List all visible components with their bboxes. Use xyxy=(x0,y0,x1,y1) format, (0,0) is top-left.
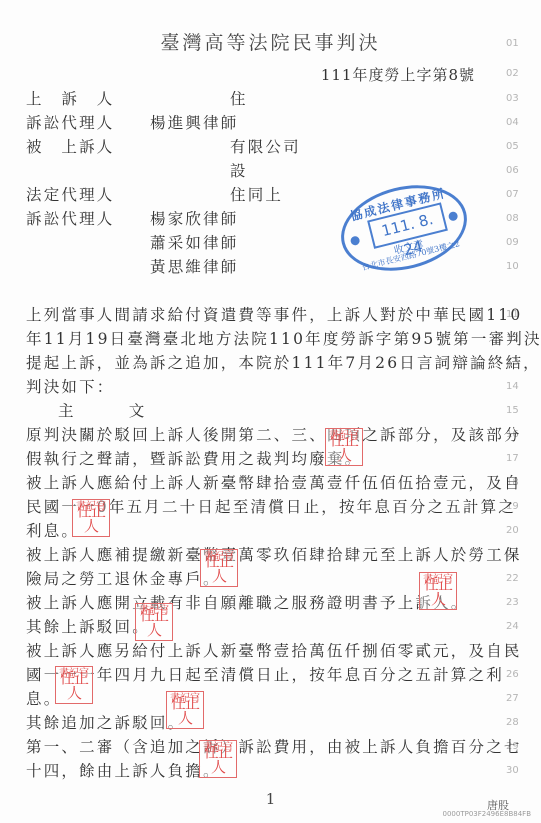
body-line: 年11月19日臺灣臺北地方法院110年度勞訴字第95號第一審判決 xyxy=(26,327,541,349)
party-role: 被 上訴人 xyxy=(26,138,115,156)
stamp-ornament-icon xyxy=(350,235,361,246)
line-number: 06 xyxy=(506,165,519,176)
main-text-line: 被上訴人應開立載有非自願離職之服務證明書予上訴人。 xyxy=(26,591,469,613)
received-stamp: 協成法律事務所 111. 8. 24 收文章 台北市長安西路70號3樓之2 xyxy=(332,173,476,284)
party-name: 楊進興律師 xyxy=(150,111,239,133)
party-address: 有限公司 xyxy=(230,135,301,157)
line-number: 02 xyxy=(506,68,519,79)
party-row: 訴訟代理人 楊家欣律師 xyxy=(26,207,115,229)
case-number: 111年度勞上字第8號 xyxy=(321,64,475,85)
main-text-line: 第一、二審（含追加之訴）訴訟費用，由被上訴人負擔百分之七 xyxy=(26,735,522,757)
clerk-seal: 書記官 任正人 xyxy=(419,572,457,610)
line-number: 08 xyxy=(506,213,519,224)
main-text-line: 被上訴人應另給付上訴人新臺幣壹拾萬伍仟捌佰零貳元，及自民 xyxy=(26,639,522,661)
party-name: 黃思維律師 xyxy=(150,255,239,277)
section-heading: 主 文 xyxy=(58,399,147,421)
line-number: 24 xyxy=(506,621,519,632)
main-text-line: 國一一一年四月九日起至清償日止，按年息百分之五計算之利 xyxy=(26,663,504,685)
line-number: 04 xyxy=(506,117,519,128)
party-role: 上 訴 人 xyxy=(26,90,115,108)
party-name: 楊家欣律師 xyxy=(150,207,239,229)
main-text-line: 被上訴人應給付上訴人新臺幣肆拾壹萬壹仟伍佰伍拾壹元，及自 xyxy=(26,471,522,493)
party-address: 設 xyxy=(230,159,248,181)
line-number: 17 xyxy=(506,453,519,464)
seal-name: 任正人 xyxy=(136,608,172,638)
main-text-line: 其餘追加之訴駁回。 xyxy=(26,711,185,733)
party-role: 法定代理人 xyxy=(26,186,115,204)
party-address: 住 xyxy=(230,87,248,109)
body-line: 提起上訴，並為訴之追加，本院於111年7月26日言詞辯論終結， xyxy=(26,351,541,373)
line-number: 23 xyxy=(506,597,519,608)
document-code: 0000TP03F2496E8B84FB xyxy=(443,810,531,818)
line-number: 30 xyxy=(506,765,519,776)
party-row: 法定代理人 住同上 xyxy=(26,183,115,205)
clerk-seal: 書記官 任正人 xyxy=(55,666,93,704)
page-number: 1 xyxy=(0,790,541,808)
line-number: 27 xyxy=(506,693,519,704)
line-number: 07 xyxy=(506,189,519,200)
main-text-line: 險局之勞工退休金專戶。 xyxy=(26,567,221,589)
line-number: 03 xyxy=(506,93,519,104)
seal-name: 任正人 xyxy=(201,554,237,584)
party-row: 被 上訴人 有限公司 xyxy=(26,135,115,157)
line-number: 01 xyxy=(506,38,519,49)
seal-name: 任正人 xyxy=(326,433,362,463)
line-number: 15 xyxy=(506,405,519,416)
party-role: 訴訟代理人 xyxy=(26,210,115,228)
main-text-line: 其餘上訴駁回。 xyxy=(26,615,150,637)
clerk-seal: 書記官 任正人 xyxy=(199,740,237,778)
party-name: 蕭采如律師 xyxy=(150,231,239,253)
main-text-line: 被上訴人應補提繳新臺幣壹萬零玖佰肆拾肆元至上訴人於勞工保 xyxy=(26,543,522,565)
clerk-seal: 書記官 任正人 xyxy=(72,499,110,537)
main-text-line: 原判決關於駁回上訴人後開第二、三、四項之訴部分，及該部分 xyxy=(26,423,522,445)
clerk-seal: 書記官 任正人 xyxy=(166,691,204,729)
document-title: 臺灣高等法院民事判決 xyxy=(0,28,541,55)
party-address: 住同上 xyxy=(230,183,283,205)
seal-name: 任正人 xyxy=(73,504,109,534)
party-row: 上 訴 人 住 xyxy=(26,87,115,109)
judgment-page: 臺灣高等法院民事判決 111年度勞上字第8號 01 02 03 04 05 06… xyxy=(0,0,541,823)
clerk-seal: 書記官 任正人 xyxy=(135,603,173,641)
main-text-line: 十四，餘由上訴人負擔。 xyxy=(26,759,221,781)
seal-name: 任正人 xyxy=(420,577,456,607)
line-number: 26 xyxy=(506,669,519,680)
party-role: 訴訟代理人 xyxy=(26,114,115,132)
party-row: 訴訟代理人 楊進興律師 xyxy=(26,111,115,133)
seal-name: 任正人 xyxy=(167,696,203,726)
body-line: 上列當事人間請求給付資遣費等事件，上訴人對於中華民國110 xyxy=(26,303,522,325)
line-number: 22 xyxy=(506,573,519,584)
clerk-seal: 書記官 任正人 xyxy=(200,549,238,587)
seal-name: 任正人 xyxy=(56,671,92,701)
line-number: 20 xyxy=(506,525,519,536)
line-number: 10 xyxy=(506,261,519,272)
body-line: 判決如下： xyxy=(26,375,115,397)
line-number: 09 xyxy=(506,237,519,248)
main-text-line: 假執行之聲請，暨訴訟費用之裁判均廢棄。 xyxy=(26,447,362,469)
stamp-ornament-icon xyxy=(448,211,459,222)
clerk-seal: 書記官 任正人 xyxy=(325,428,363,466)
line-number: 14 xyxy=(506,381,519,392)
line-number: 28 xyxy=(506,717,519,728)
seal-name: 任正人 xyxy=(200,745,236,775)
line-number: 05 xyxy=(506,141,519,152)
